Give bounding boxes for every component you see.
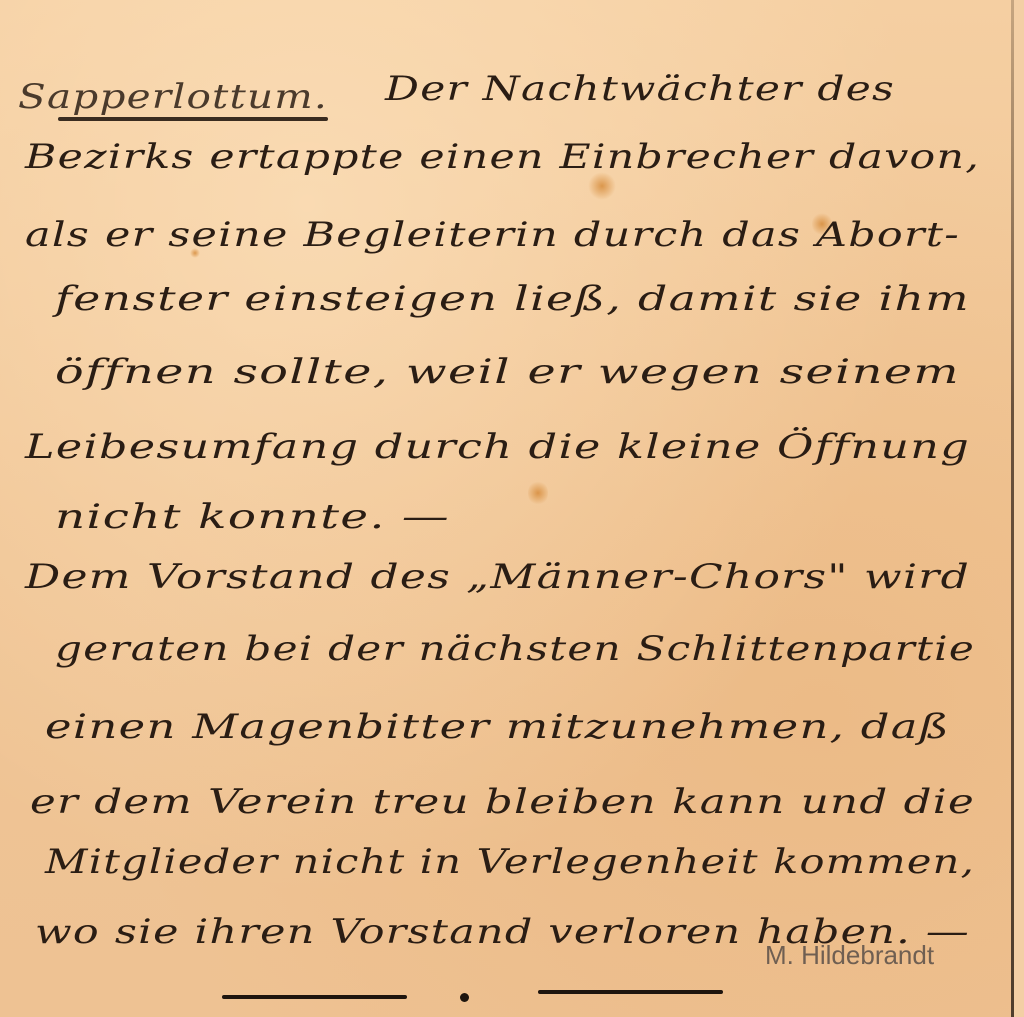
paper-page: Sapperlottum. Der Nachtwächter des Bezir…: [0, 0, 1024, 1017]
text-line-8: Dem Vorstand des „Männer-Chors" wird: [25, 560, 970, 594]
text-line-3: als er seine Begleiterin durch das Abort…: [25, 218, 960, 252]
text-line-1: Der Nachtwächter des: [385, 72, 895, 106]
text-line-11: er dem Verein treu bleiben kann und die: [30, 785, 975, 819]
text-line-2: Bezirks ertappte einen Einbrecher davon,: [25, 140, 980, 174]
text-line-4: fenster einsteigen ließ, damit sie ihm: [55, 282, 970, 316]
ink-stain: [528, 480, 548, 506]
text-line-12: Mitglieder nicht in Verlegenheit kommen,: [45, 845, 975, 879]
page-edge: [1014, 0, 1024, 1017]
end-rule-left: [222, 995, 407, 999]
entry-heading: Sapperlottum.: [18, 80, 328, 114]
end-rule-right: [538, 990, 723, 994]
text-line-10: einen Magenbitter mitzunehmen, daß: [45, 710, 950, 744]
text-line-5: öffnen sollte, weil er wegen seinem: [55, 355, 960, 389]
text-line-7: nicht konnte. —: [55, 500, 450, 534]
watermark-credit: M. Hildebrandt: [765, 940, 934, 971]
text-line-9: geraten bei der nächsten Schlittenpartie: [55, 632, 975, 666]
end-rule-dot: [460, 993, 469, 1002]
heading-underline: [58, 117, 328, 121]
text-line-6: Leibesumfang durch die kleine Öffnung: [25, 430, 970, 464]
